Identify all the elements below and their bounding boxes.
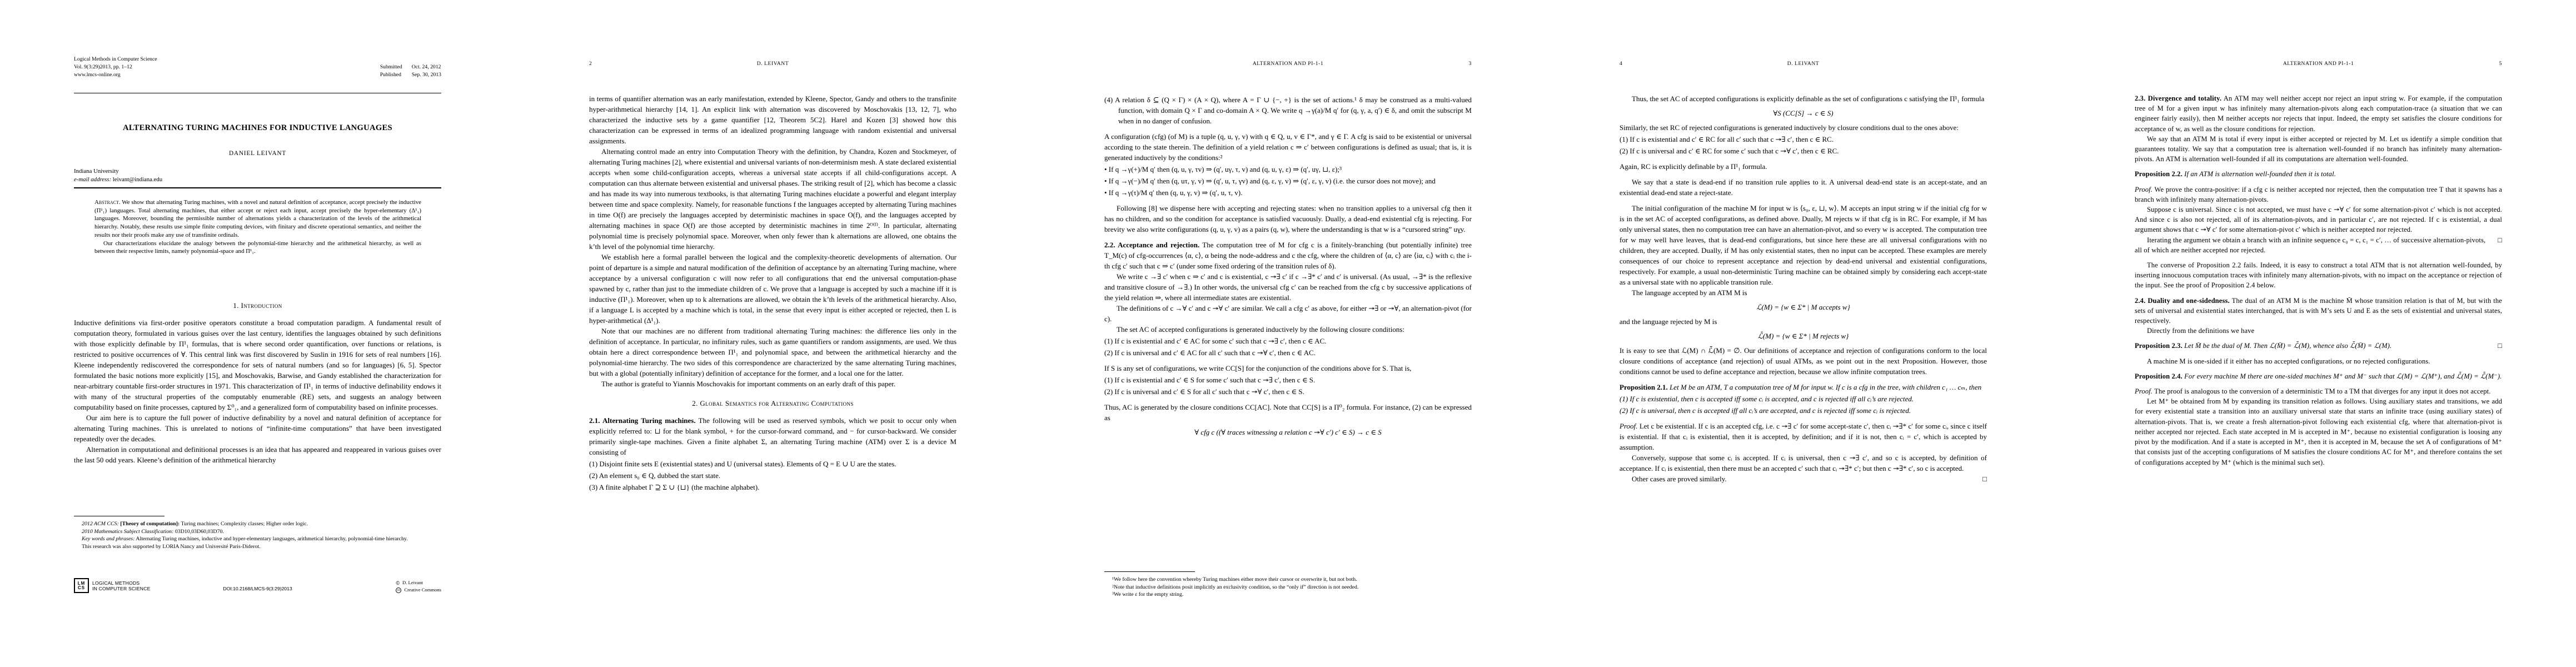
proof-text: Iterating the argument we obtain a branc… <box>2135 236 2485 254</box>
proposition-label: Proposition 2.1. <box>1620 383 1668 391</box>
proof-paragraph: Proof. The proof is analogous to the con… <box>2135 386 2502 396</box>
proposition: Proposition 2.3. Let M̄ be the dual of M… <box>2135 341 2502 351</box>
list-item: (2) If c is universal and c′ ∈ RC for so… <box>1620 146 1987 156</box>
proof-label: Proof. <box>1620 422 1637 430</box>
abstract: Abstract. We show that alternating Turin… <box>94 198 421 256</box>
paragraph: Again, RC is explicitly definable by a Π… <box>1620 161 1987 172</box>
submitted-label: Submitted <box>380 63 412 71</box>
license-row: cc Creative Commons <box>396 586 441 594</box>
list-item: (1) If c is existential and c′ ∈ RC for … <box>1620 134 1987 145</box>
list-item: (4) A relation δ ⊆ (Q × Γ) × (A × Q), wh… <box>1104 94 1472 126</box>
footnote: ¹We follow here the convention whereby T… <box>1104 576 1472 584</box>
subsection-label: 2.4. Duality and one-sidedness. <box>2135 297 2230 305</box>
qed-box: □ <box>1970 474 1987 484</box>
page-1: Logical Methods in Computer Science Vol.… <box>0 0 515 667</box>
bullet-item: • If q →γ(+)/M q′ then (q, u, γ, τv) ⇒ (… <box>1104 164 1472 175</box>
running-head: 2 D. LEIVANT <box>589 61 956 67</box>
proposition-label: Proposition 2.3. <box>2135 342 2183 350</box>
footnote: 2012 ACM CCS: [Theory of computation]: T… <box>74 520 441 528</box>
paragraph: □Iterating the argument we obtain a bran… <box>2135 235 2502 255</box>
subsection-paragraph: 2.1. Alternating Turing machines. The fo… <box>589 415 956 457</box>
paragraph: Alternating control made an entry into C… <box>589 146 956 252</box>
paragraph: We say that an ATM M is total if every i… <box>2135 134 2502 165</box>
published-label: Published <box>380 71 412 79</box>
footnote: Key words and phrases: Alternating Turin… <box>74 535 441 543</box>
proposition-text: If an ATM is alternation well-founded th… <box>2184 170 2336 178</box>
abstract-paragraph: Our characterizations elucidate the anal… <box>94 240 421 256</box>
proposition: Proposition 2.1. Let M be an ATM, T a co… <box>1620 382 1987 392</box>
page-body: 2.3. Divergence and totality. An ATM may… <box>2135 93 2502 467</box>
footnote-block: ¹We follow here the convention whereby T… <box>1104 571 1472 599</box>
email-address: leivant@indiana.edu <box>113 176 162 183</box>
copyright-icon: © <box>396 580 400 586</box>
paragraph: in terms of quantifier alternation was a… <box>589 93 956 146</box>
list-item: (1) If c is existential and c′ ∈ AC for … <box>1104 336 1472 346</box>
footnote-block: 2012 ACM CCS: [Theory of computation]: T… <box>74 516 441 550</box>
running-title: D. LEIVANT <box>1653 61 1954 67</box>
paragraph: Following [8] we dispense here with acce… <box>1104 203 1472 235</box>
proof-text: The proof is analogous to the conversion… <box>2154 387 2490 395</box>
abstract-paragraph: Abstract. We show that alternating Turin… <box>94 198 421 240</box>
doi: DOI:10.2168/LMCS-9(3:29)2013 <box>74 586 441 591</box>
footnote-label: Key words and phrases: <box>82 536 134 542</box>
list-item: (3) A finite alphabet Γ ⊇ Σ ∪ {⊔} (the m… <box>589 482 956 492</box>
paragraph: and the language rejected by M is <box>1620 316 1987 327</box>
paragraph: We establish here a formal parallel betw… <box>589 252 956 326</box>
page-number: 5 <box>2469 61 2502 67</box>
journal-name: Logical Methods in Computer Science <box>74 56 157 63</box>
list-item: (2) An element s₀ ∈ Q, dubbed the start … <box>589 470 956 481</box>
page-number: 4 <box>1620 61 1653 67</box>
author-name: DANIEL LEIVANT <box>74 150 441 157</box>
footnote: This research was also supported by LORI… <box>74 543 441 551</box>
proof-label: Proof. <box>2135 186 2153 193</box>
section-heading: 1. Introduction <box>74 300 441 311</box>
proposition-item: (1) If c is existential, then c is accep… <box>1620 394 1987 404</box>
qed-box: □ <box>2485 235 2502 245</box>
footnote-bold: [Theory of computation]: <box>120 521 180 527</box>
affiliation: Indiana University <box>74 167 441 176</box>
paragraph: Let M⁺ be obtained from M by expanding i… <box>2135 396 2502 467</box>
footnote-rule <box>74 516 165 516</box>
submitted-row: Submitted Oct. 24, 2012 <box>380 63 441 71</box>
footnote-label: 2012 ACM CCS: <box>82 521 119 527</box>
proposition-item: (2) If c is universal, then c is accepte… <box>1620 405 1987 416</box>
page-2: 2 D. LEIVANT in terms of quantifier alte… <box>515 0 1030 667</box>
list-item: (1) If c is existential and c′ ∈ S for s… <box>1104 375 1472 385</box>
bullet-item: • If q →γ(−)/M q′ then (q, uτ, γ, v) ⇒ (… <box>1104 176 1472 186</box>
copyright-holder: D. Leivant <box>402 579 423 586</box>
paragraph: If S is any set of configurations, we wr… <box>1104 363 1472 374</box>
running-title: D. LEIVANT <box>622 61 923 67</box>
footnote-text: Alternating Turing machines, inductive a… <box>136 536 407 542</box>
footnote-rule <box>1104 571 1195 572</box>
page-number: 3 <box>1438 61 1472 67</box>
footnote: ²Note that inductive definitions posit i… <box>1104 584 1472 591</box>
paragraph: The converse of Proposition 2.2 fails. I… <box>2135 260 2502 291</box>
qed-box: □ <box>2498 341 2502 351</box>
proposition: Proposition 2.2. If an ATM is alternatio… <box>2135 169 2502 179</box>
running-title: ALTERNATION AND PI-1-1 <box>1138 61 1438 67</box>
copyright-row: © D. Leivant <box>396 579 441 586</box>
paragraph: Thus, the set AC of accepted configurati… <box>1620 93 1987 104</box>
running-head-spacer <box>2135 61 2168 67</box>
subsection-label: 2.2. Acceptance and rejection. <box>1104 241 1199 249</box>
list-item: (2) If c is universal and c′ ∈ AC for al… <box>1104 347 1472 358</box>
author-affiliation: Indiana University e-mail address: leiva… <box>74 167 441 184</box>
paragraph: Our aim here is to capture the full powe… <box>74 412 441 444</box>
page-body: in terms of quantifier alternation was a… <box>589 93 956 492</box>
display-formula: ∀ cfg c ((∀ traces witnessing a relation… <box>1104 427 1472 437</box>
paragraph: A configuration (cfg) (of M) is a tuple … <box>1104 131 1472 163</box>
paragraph: A machine M is one-sided if it either ha… <box>2135 356 2502 366</box>
display-formula: ∀S (CC[S] → c ∈ S) <box>1620 108 1987 118</box>
proposition-text: Let M be an ATM, T a computation tree of… <box>1670 383 1981 391</box>
journal-url: www.lmcs-online.org <box>74 71 157 79</box>
proof-label: Proof. <box>2135 387 2153 395</box>
paper-title: ALTERNATING TURING MACHINES FOR INDUCTIV… <box>57 123 458 133</box>
proposition: Proposition 2.4. For every machine M the… <box>2135 371 2502 381</box>
section-heading: 2. Global Semantics for Alternating Comp… <box>589 398 956 409</box>
submitted-date: Oct. 24, 2012 <box>412 63 441 71</box>
paragraph: The set AC of accepted configurations is… <box>1104 324 1472 335</box>
running-head-spacer <box>1954 61 1987 67</box>
license-name: Creative Commons <box>404 586 441 594</box>
journal-volume: Vol. 9(3:29)2013, pp. 1–12 <box>74 63 157 71</box>
creative-commons-icon: cc <box>396 588 401 593</box>
list-item: (2) If c is universal and c′ ∈ S for all… <box>1104 386 1472 397</box>
page-5: ALTERNATION AND PI-1-1 5 2.3. Divergence… <box>2061 0 2576 667</box>
paragraph: The definitions of c →∀ c′ and c ↠∀ c′ a… <box>1104 303 1472 324</box>
paragraph: Suppose c is universal. Since c is not a… <box>2135 205 2502 235</box>
proof-text: We prove the contra-positive: if a cfg c… <box>2135 186 2502 203</box>
running-head-spacer <box>923 61 956 67</box>
page-body: 1. Introduction Inductive definitions vi… <box>74 300 441 514</box>
footnote: ³We write ε for the empty string. <box>1104 591 1472 599</box>
abstract-text: We show that alternating Turing machines… <box>94 199 421 238</box>
running-head: ALTERNATION AND PI-1-1 5 <box>2135 61 2502 67</box>
page-body: (4) A relation δ ⊆ (Q × Γ) × (A × Q), wh… <box>1104 93 1472 441</box>
paragraph: The author is grateful to Yiannis Moscho… <box>589 379 956 389</box>
page-4: 4 D. LEIVANT Thus, the set AC of accepte… <box>1546 0 2061 667</box>
footnote-text: 03D10,03D60,03D70. <box>175 529 224 535</box>
footnote-label: 2010 Mathematics Subject Classification: <box>82 529 173 535</box>
display-formula: ℒ̄(M) = {w ∈ Σ* | M rejects w} <box>1620 331 1987 341</box>
proposition-label: Proposition 2.2. <box>2135 170 2183 178</box>
proof-text: Let c be existential. If c is an accepte… <box>1620 422 1987 451</box>
proof-text: Other cases are proved similarly. <box>1632 475 1727 483</box>
journal-info: Logical Methods in Computer Science Vol.… <box>74 56 157 78</box>
paragraph: Similarly, the set RC of rejected config… <box>1620 122 1987 133</box>
header-rule <box>74 93 441 93</box>
paragraph: □Other cases are proved similarly. <box>1620 474 1987 484</box>
paragraph: Alternation in computational and definit… <box>74 444 441 465</box>
proof-paragraph: Proof. Let c be existential. If c is an … <box>1620 421 1987 452</box>
email-label: e-mail address: <box>74 176 111 183</box>
paragraph: We say that a state is dead-end if no tr… <box>1620 177 1987 198</box>
subsection-paragraph: 2.2. Acceptance and rejection. The compu… <box>1104 240 1472 271</box>
paper-scan: Logical Methods in Computer Science Vol.… <box>0 0 2576 667</box>
paragraph: Thus, AC is generated by the closure con… <box>1104 402 1472 423</box>
proposition-label: Proposition 2.4. <box>2135 372 2183 380</box>
paragraph: Inductive definitions via first-order po… <box>74 317 441 412</box>
page-footer: LM CS LOGICAL METHODS IN COMPUTER SCIENC… <box>74 577 441 600</box>
proposition-text: For every machine M there are one-sided … <box>2184 372 2502 380</box>
list-item: (1) Disjoint finite sets E (existential … <box>589 459 956 469</box>
page-number: 2 <box>589 61 622 67</box>
bullet-item: • If q →γ(τ)/M q′ then (q, u, γ, v) ⇒ (q… <box>1104 187 1472 198</box>
paragraph: The initial configuration of the machine… <box>1620 203 1987 287</box>
footnote-text: Turing machines; Complexity classes; Hig… <box>181 521 308 527</box>
subsection-label: 2.3. Divergence and totality. <box>2135 94 2221 102</box>
running-head-spacer <box>1104 61 1138 67</box>
paragraph: The language accepted by an ATM M is <box>1620 287 1987 298</box>
footnote: 2010 Mathematics Subject Classification:… <box>74 528 441 536</box>
display-formula: ℒ(M) = {w ∈ Σ* | M accepts w} <box>1620 302 1987 312</box>
journal-header: Logical Methods in Computer Science Vol.… <box>74 56 441 78</box>
running-title: ALTERNATION AND PI-1-1 <box>2168 61 2469 67</box>
abstract-label: Abstract. <box>94 199 121 206</box>
title-rule <box>74 187 441 188</box>
subsection-label: 2.1. Alternating Turing machines. <box>589 416 696 425</box>
paragraph: We write c →∃ c′ when c ⇒ c′ and c is ex… <box>1104 271 1472 303</box>
running-head: 4 D. LEIVANT <box>1620 61 1987 67</box>
paragraph: It is easy to see that ℒ(M) ∩ ℒ̄(M) = ∅.… <box>1620 345 1987 377</box>
subsection-paragraph: 2.4. Duality and one-sidedness. The dual… <box>2135 296 2502 326</box>
submission-dates: Submitted Oct. 24, 2012 Published Sep. 3… <box>380 63 441 79</box>
running-head: ALTERNATION AND PI-1-1 3 <box>1104 61 1472 67</box>
paragraph: Conversely, suppose that some cᵢ is acce… <box>1620 452 1987 474</box>
proposition-text: Let M̄ be the dual of M. Then ℒ(M̄) = ℒ̄… <box>2184 342 2391 350</box>
page-body: Thus, the set AC of accepted configurati… <box>1620 93 1987 484</box>
paragraph: Directly from the definitions we have <box>2135 326 2502 336</box>
published-row: Published Sep. 30, 2013 <box>380 71 441 79</box>
paragraph: Note that our machines are no different … <box>589 326 956 379</box>
email-line: e-mail address: leivant@indiana.edu <box>74 176 441 184</box>
proof-paragraph: Proof. We prove the contra-positive: if … <box>2135 185 2502 205</box>
published-date: Sep. 30, 2013 <box>412 71 441 79</box>
page-3: ALTERNATION AND PI-1-1 3 (4) A relation … <box>1030 0 1546 667</box>
copyright-block: © D. Leivant cc Creative Commons <box>396 579 441 594</box>
subsection-paragraph: 2.3. Divergence and totality. An ATM may… <box>2135 93 2502 134</box>
